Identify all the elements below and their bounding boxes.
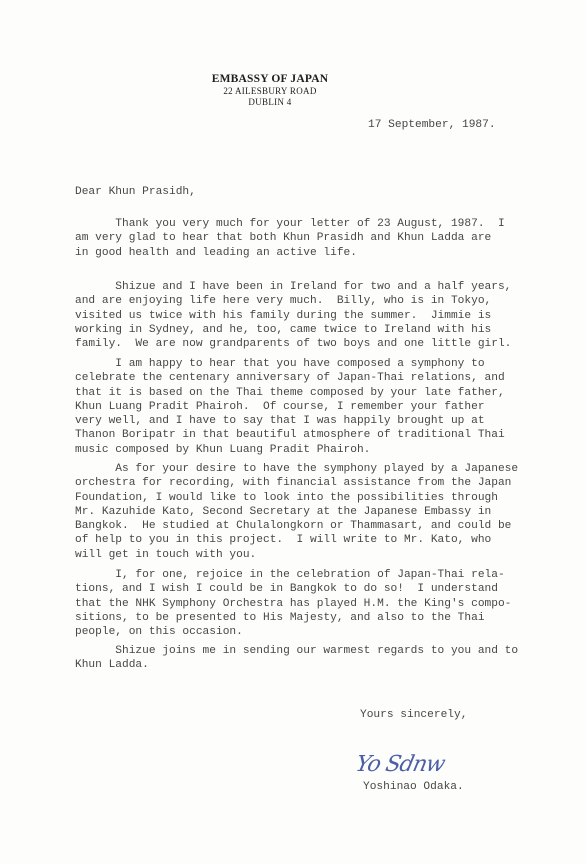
- letter-date: 17 September, 1987.: [368, 118, 496, 132]
- address-line-2: DUBLIN 4: [200, 97, 340, 108]
- salutation: Dear Khun Prasidh,: [75, 185, 196, 199]
- signer-name: Yoshinao Odaka.: [363, 780, 464, 794]
- paragraph-1: Thank you very much for your letter of 2…: [75, 217, 505, 260]
- embassy-name: EMBASSY OF JAPAN: [200, 73, 340, 86]
- paragraph-5: I, for one, rejoice in the celebration o…: [75, 568, 511, 639]
- handwritten-signature: Yo Sdnw: [353, 752, 446, 777]
- paragraph-6: Shizue joins me in sending our warmest r…: [75, 644, 518, 673]
- paragraph-3: I am happy to hear that you have compose…: [75, 357, 505, 457]
- closing: Yours sincerely,: [360, 708, 467, 722]
- address-line-1: 22 AILESBURY ROAD: [200, 86, 340, 97]
- letterhead: EMBASSY OF JAPAN 22 AILESBURY ROAD DUBLI…: [200, 73, 340, 108]
- paragraph-2: Shizue and I have been in Ireland for tw…: [75, 280, 511, 351]
- paragraph-4: As for your desire to have the symphony …: [75, 462, 518, 562]
